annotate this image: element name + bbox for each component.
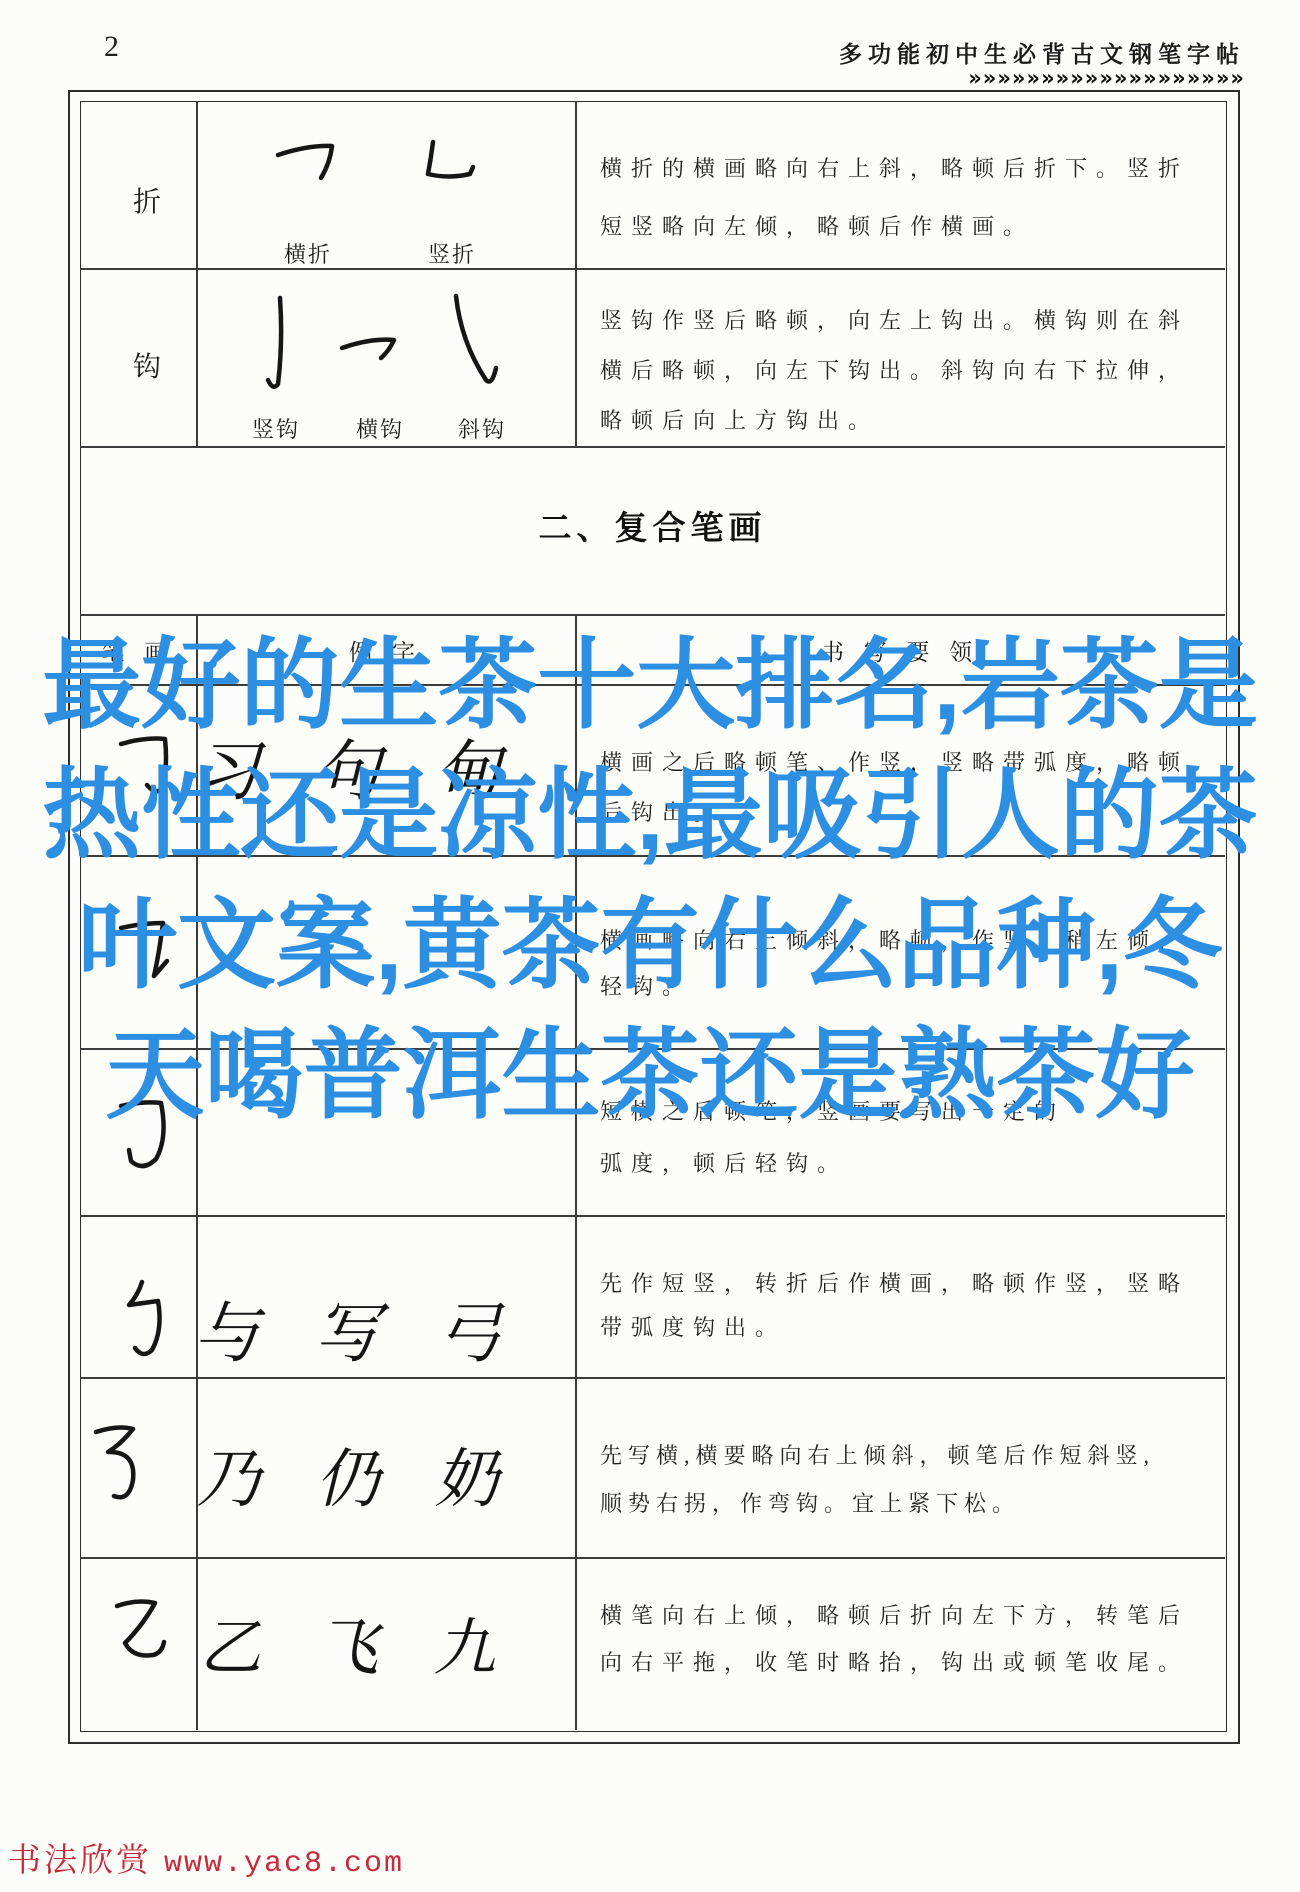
overlay-line-4: 天喝普洱生茶还是熟茶好 (0, 1010, 1300, 1140)
t1-vline-1 (196, 101, 198, 446)
t1-vline-2 (575, 101, 577, 446)
t1-row2-desc-line3: 略顿后向上方钩出。 (600, 396, 1189, 446)
watermark-url: www.yac8.com (164, 1847, 404, 1881)
overlay-line-1: 最好的生茶十大排名,岩茶是 (0, 620, 1300, 750)
t2-row4-desc-line2: 带弧度钩出。 (600, 1306, 1189, 1350)
t1-row1-category: 折 (118, 180, 178, 220)
xiegou-label: 斜钩 (458, 413, 506, 444)
hengzhe-stroke-icon (272, 133, 342, 185)
watermark-site-name: 书法欣赏 (8, 1843, 152, 1879)
t2-row4-desc: 先作短竖，转折后作横画，略顿作竖，竖略 带弧度钩出。 (600, 1262, 1189, 1350)
shugou-stroke-icon (258, 292, 298, 404)
t1-rowline (80, 268, 1225, 270)
t2-row6-examples: 乙飞九 (185, 1598, 565, 1687)
t1-row1-desc: 横折的横画略向右上斜，略顿后折下。竖折 短竖略向左倾，略顿后作横画。 (600, 140, 1189, 256)
t2-topline (80, 614, 1225, 616)
shuzhezhegou-stroke-icon (115, 1278, 171, 1366)
t1-row1-desc-line2: 短竖略向左倾，略顿后作横画。 (600, 198, 1189, 256)
t2-row5-desc-line1: 先写横,横要略向右上倾斜，顿笔后作短斜竖, (600, 1432, 1155, 1480)
scanned-copybook-page: 2 多功能初中生必背古文钢笔字帖 »»»»»»»»»»»»»»»»»»» 折 横… (0, 0, 1300, 1892)
section-title: 二、复合笔画 (80, 502, 1225, 549)
site-watermark: 书法欣赏www.yac8.com (8, 1834, 404, 1881)
hengzhe-label: 横折 (284, 238, 332, 269)
book-title: 多功能初中生必背古文钢笔字帖 (839, 36, 1245, 69)
overlay-line-2: 热性还是凉性,最吸引人的茶 (0, 750, 1300, 880)
t2-rowline-3 (80, 1215, 1225, 1217)
t2-rowline-4 (80, 1377, 1225, 1379)
t2-row5-desc: 先写横,横要略向右上倾斜，顿笔后作短斜竖, 顺势右拐，作弯钩。宜上紧下松。 (600, 1432, 1155, 1528)
t1-bottomline (80, 446, 1225, 448)
xiegou-stroke-icon (442, 290, 508, 402)
t2-row6-desc-line1: 横笔向右上倾，略顿后折向左下方，转笔后 (600, 1592, 1189, 1639)
t1-row2-desc-line2: 横后略顿，向左下钩出。斜钩向右下拉伸， (600, 346, 1189, 396)
yi-stroke-icon (108, 1593, 170, 1681)
t2-row6-desc-line2: 向右平拖，收笔时略抬，钩出或顿笔收尾。 (600, 1639, 1189, 1686)
t2-row5-examples: 乃仍奶 (185, 1428, 565, 1520)
t2-row5-desc-line2: 顺势右拐，作弯钩。宜上紧下松。 (600, 1480, 1155, 1528)
t2-row4-examples: 与写弓 (185, 1280, 565, 1375)
t1-row1-desc-line1: 横折的横画略向右上斜，略顿后折下。竖折 (600, 140, 1189, 198)
henggou-label: 横钩 (356, 413, 404, 444)
page-number: 2 (104, 30, 119, 64)
t2-row3-desc-line2: 弧度，顿后轻钩。 (600, 1138, 1065, 1190)
henggou-stroke-icon (338, 328, 400, 364)
shuzhe-stroke-icon (418, 138, 478, 184)
t1-row2-desc: 竖钩作竖后略顿，向左上钩出。横钩则在斜 横后略顿，向左下钩出。斜钩向右下拉伸， … (600, 296, 1189, 446)
arrow-decoration: »»»»»»»»»»»»»»»»»»» (968, 66, 1245, 90)
t2-rowline-5 (80, 1557, 1225, 1559)
t2-row6-desc: 横笔向右上倾，略顿后折向左下方，转笔后 向右平拖，收笔时略抬，钩出或顿笔收尾。 (600, 1592, 1189, 1686)
t1-row2-category: 钩 (118, 345, 178, 385)
hengpiewangou-stroke-icon (88, 1420, 144, 1518)
shuzhe-label: 竖折 (428, 238, 476, 269)
overlay-line-3: 叶文案,黄茶有什么品种,冬 (0, 880, 1300, 1010)
t1-row2-desc-line1: 竖钩作竖后略顿，向左上钩出。横钩则在斜 (600, 296, 1189, 346)
blue-overlay-title: 最好的生茶十大排名,岩茶是 热性还是凉性,最吸引人的茶 叶文案,黄茶有什么品种,… (0, 620, 1300, 1140)
t2-row4-desc-line1: 先作短竖，转折后作横画，略顿作竖，竖略 (600, 1262, 1189, 1306)
shugou-label: 竖钩 (252, 413, 300, 444)
